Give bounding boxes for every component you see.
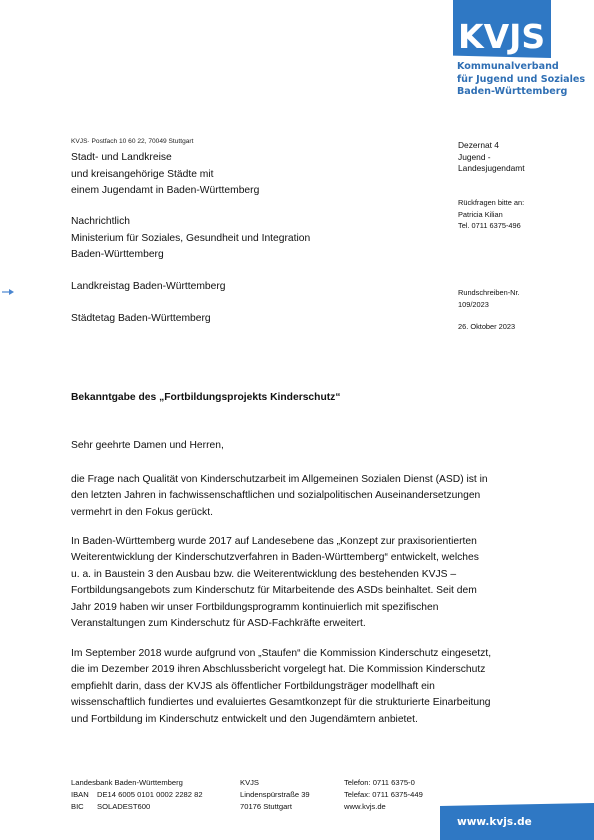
paragraph-line: vermehrt in den Fokus gerückt. xyxy=(71,505,541,521)
paragraph-line: Jahr 2019 haben wir unser Fortbildungspr… xyxy=(71,600,541,616)
body-paragraph: In Baden-Württemberg wurde 2017 auf Land… xyxy=(71,534,541,632)
fax: Telefax: 0711 6375-449 xyxy=(344,789,423,801)
paragraph-line: Im September 2018 wurde aufgrund von „St… xyxy=(71,646,541,662)
phone: Telefon: 0711 6375-0 xyxy=(344,777,423,789)
contact-line: Patricia Kilian xyxy=(458,209,524,221)
paragraph-line: Weiterentwicklung der Kinderschutzverfah… xyxy=(71,550,541,566)
website-link[interactable]: www.kvjs.de xyxy=(344,801,423,813)
contact-line: Tel. 0711 6375-496 xyxy=(458,220,524,232)
department-line: Jugend - xyxy=(458,152,525,164)
recipient-line: Landkreistag Baden-Württemberg xyxy=(71,279,226,296)
footer-contact: Telefon: 0711 6375-0 Telefax: 0711 6375-… xyxy=(344,777,423,813)
recipient-line: Baden-Württemberg xyxy=(71,247,310,264)
website-badge[interactable]: www.kvjs.de xyxy=(440,803,594,840)
letter-subject: Bekanntgabe des „Fortbildungsprojekts Ki… xyxy=(71,392,340,403)
address-line: Lindenspürstraße 39 xyxy=(240,789,310,801)
logo-subtitle-line: Baden-Württemberg xyxy=(457,86,585,99)
logo-subtitle: Kommunalverband für Jugend und Soziales … xyxy=(457,61,585,99)
logo-subtitle-line: für Jugend und Soziales xyxy=(457,74,585,87)
iban-row: IBANDE14 6005 0101 0002 2282 82 xyxy=(71,789,203,801)
recipient-block: Landkreistag Baden-Württemberg xyxy=(71,279,226,296)
recipient-line: Ministerium für Soziales, Gesundheit und… xyxy=(71,231,310,248)
circular-number-block: Rundschreiben-Nr. 109/2023 xyxy=(458,287,520,310)
department-line: Dezernat 4 xyxy=(458,140,525,152)
recipient-line: Städtetag Baden-Württemberg xyxy=(71,311,211,328)
recipient-line: einem Jugendamt in Baden-Württemberg xyxy=(71,183,259,200)
department-block: Dezernat 4 Jugend - Landesjugendamt xyxy=(458,140,525,175)
recipient-line: Nachrichtlich xyxy=(71,214,310,231)
address-line: KVJS xyxy=(240,777,310,789)
recipient-line: und kreisangehörige Städte mit xyxy=(71,167,259,184)
address-line: 70176 Stuttgart xyxy=(240,801,310,813)
paragraph-line: die im Dezember 2019 ihren Abschlussberi… xyxy=(71,662,541,678)
paragraph-line: den letzten Jahren in fachwissenschaftli… xyxy=(71,488,541,504)
logo-subtitle-line: Kommunalverband xyxy=(457,61,585,74)
bic-value: SOLADEST600 xyxy=(97,802,150,811)
paragraph-line: empfiehlt darin, dass der KVJS als öffen… xyxy=(71,679,541,695)
paragraph-line: In Baden-Württemberg wurde 2017 auf Land… xyxy=(71,534,541,550)
department-line: Landesjugendamt xyxy=(458,163,525,175)
paragraph-line: Veranstaltungen zum Kinderschutz für ASD… xyxy=(71,616,541,632)
bank-name: Landesbank Baden-Württemberg xyxy=(71,777,203,789)
recipient-block: Stadt- und Landkreise und kreisangehörig… xyxy=(71,150,259,200)
paragraph-line: u. a. in Baustein 3 den Ausbau bzw. die … xyxy=(71,567,541,583)
logo-brand: KVJS xyxy=(458,20,545,54)
website-badge-label: www.kvjs.de xyxy=(457,816,532,828)
sender-return-address: KVJS· Postfach 10 60 22, 70049 Stuttgart xyxy=(71,138,193,145)
recipient-block: Nachrichtlich Ministerium für Soziales, … xyxy=(71,214,310,264)
salutation: Sehr geehrte Damen und Herren, xyxy=(71,440,224,451)
paragraph-line: wissenschaftlich fundiertes und evaluier… xyxy=(71,695,541,711)
paragraph-line: Fortbildungsangebots zum Kinderschutz fü… xyxy=(71,583,541,599)
paragraph-line: und Fortbildung im Kinderschutz entwicke… xyxy=(71,712,541,728)
contact-block: Rückfragen bitte an: Patricia Kilian Tel… xyxy=(458,197,524,232)
iban-value: DE14 6005 0101 0002 2282 82 xyxy=(97,790,203,799)
recipient-block: Städtetag Baden-Württemberg xyxy=(71,311,211,328)
body-paragraph: Im September 2018 wurde aufgrund von „St… xyxy=(71,646,541,728)
circular-number: 109/2023 xyxy=(458,299,520,311)
arrow-right-icon xyxy=(2,288,16,296)
letter-date: 26. Oktober 2023 xyxy=(458,321,515,333)
circular-label: Rundschreiben-Nr. xyxy=(458,287,520,299)
footer-address: KVJS Lindenspürstraße 39 70176 Stuttgart xyxy=(240,777,310,813)
recipient-line: Stadt- und Landkreise xyxy=(71,150,259,167)
body-paragraph: die Frage nach Qualität von Kinderschutz… xyxy=(71,472,541,521)
bic-label: BIC xyxy=(71,801,97,813)
paragraph-line: die Frage nach Qualität von Kinderschutz… xyxy=(71,472,541,488)
iban-label: IBAN xyxy=(71,789,97,801)
bic-row: BICSOLADEST600 xyxy=(71,801,203,813)
footer-bank: Landesbank Baden-Württemberg IBANDE14 60… xyxy=(71,777,203,813)
contact-line: Rückfragen bitte an: xyxy=(458,197,524,209)
